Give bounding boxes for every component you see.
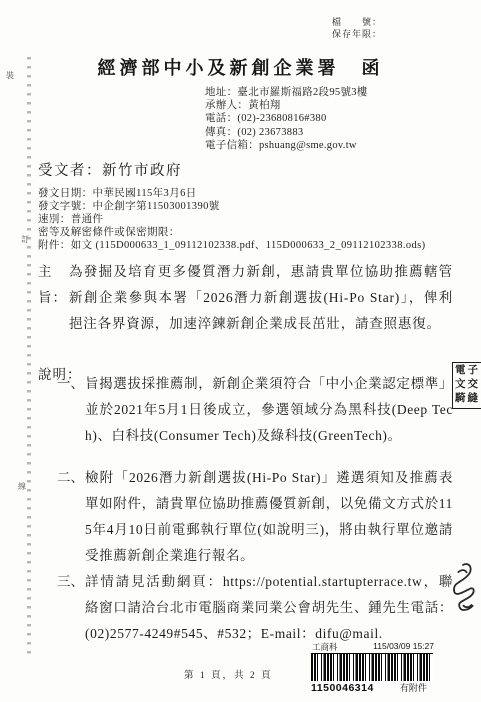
agency-phone: 電話：(02)-23680816#380 <box>205 112 368 125</box>
agency-contact-person: 承辦人：黃柏翔 <box>205 99 368 112</box>
item-text: 檢附「2026潛力新創選拔(Hi-Po Star)」遴選須知及推薦表單如附件，請… <box>85 465 453 569</box>
dispatch-date: 發文日期：中華民國115年3月6日 <box>38 187 458 200</box>
processing-datetime: 115/03/09 15:27 <box>373 641 434 653</box>
subject-section: 主旨： 為發掘及培育更多優質潛力新創，惠請貴單位協助推薦轄管新創企業參與本署「2… <box>38 259 453 337</box>
subject-text: 為發掘及培育更多優質潛力新創，惠請貴單位協助推薦轄管新創企業參與本署「2026潛… <box>69 259 453 337</box>
item-number: 三、 <box>57 569 85 595</box>
agency-address: 地址：臺北市羅斯福路2段95號3樓 <box>205 86 368 99</box>
department-name: 工商科 <box>312 641 338 653</box>
attachment-indicator: 有附件 <box>400 681 427 694</box>
dispatch-meta-block: 發文日期：中華民國115年3月6日 發文字號：中企創字第11503001390號… <box>38 187 458 252</box>
file-number-label: 檔 號： <box>332 16 382 28</box>
page-number: 第 1 頁，共 2 頁 <box>184 667 273 681</box>
explanation-item-2: 二、 檢附「2026潛力新創選拔(Hi-Po Star)」遴選須知及推薦表單如附… <box>57 465 453 569</box>
binding-mark-xian: 線 <box>18 483 26 491</box>
subject-label: 主旨： <box>38 259 69 311</box>
dispatch-number: 發文字號：中企創字第11503001390號 <box>38 200 458 213</box>
item-text: 旨揭選拔採推薦制，新創企業須符合「中小企業認定標準」並於2021年5月1日後成立… <box>85 371 453 449</box>
stamp-row: 騎縫 <box>455 392 481 406</box>
barcode <box>311 653 433 681</box>
archive-header: 檔 號： 保存年限： <box>332 16 382 40</box>
agency-email: 電子信箱：pshuang@sme.gov.tw <box>205 139 368 152</box>
recipient-line: 受文者：新竹市政府 <box>38 159 182 180</box>
document-number: 1150046314 <box>311 682 374 694</box>
item-number: 一、 <box>57 371 85 397</box>
retention-period-label: 保存年限： <box>332 28 382 40</box>
official-letter-page: 裝 訂 線 檔 號： 保存年限： 經濟部中小及新創企業署 函 地址：臺北市羅斯福… <box>0 0 481 702</box>
binding-mark-ding: 訂 <box>21 236 29 244</box>
stamp-row: 電子 <box>455 364 481 378</box>
agency-info-block: 地址：臺北市羅斯福路2段95號3樓 承辦人：黃柏翔 電話：(02)-236808… <box>205 86 368 152</box>
dispatch-speed: 速別：普通件 <box>38 213 458 226</box>
processing-info: 工商科 115/03/09 15:27 <box>312 641 434 653</box>
item-text: 詳情請見活動網頁：https://potential.startupterrac… <box>85 569 453 647</box>
document-title: 經濟部中小及新創企業署 函 <box>0 54 481 80</box>
explanation-item-3: 三、 詳情請見活動網頁：https://potential.startupter… <box>57 569 453 647</box>
dispatch-attachments: 附件：如文 (115D000633_1_09112102338.pdf、115D… <box>38 239 458 252</box>
ink-seal-stamp <box>448 561 481 617</box>
electronic-exchange-stamp: 電子 文交 騎縫 <box>452 362 481 409</box>
agency-fax: 傳真：(02) 23673883 <box>205 126 368 139</box>
binding-dotted-line <box>27 57 31 660</box>
dispatch-confidentiality: 密等及解密條件或保密期限： <box>38 226 458 239</box>
barcode-caption: 1150046314 有附件 <box>311 681 433 694</box>
item-number: 二、 <box>57 465 85 491</box>
explanation-item-1: 一、 旨揭選拔採推薦制，新創企業須符合「中小企業認定標準」並於2021年5月1日… <box>57 371 453 449</box>
stamp-row: 文交 <box>455 378 481 392</box>
